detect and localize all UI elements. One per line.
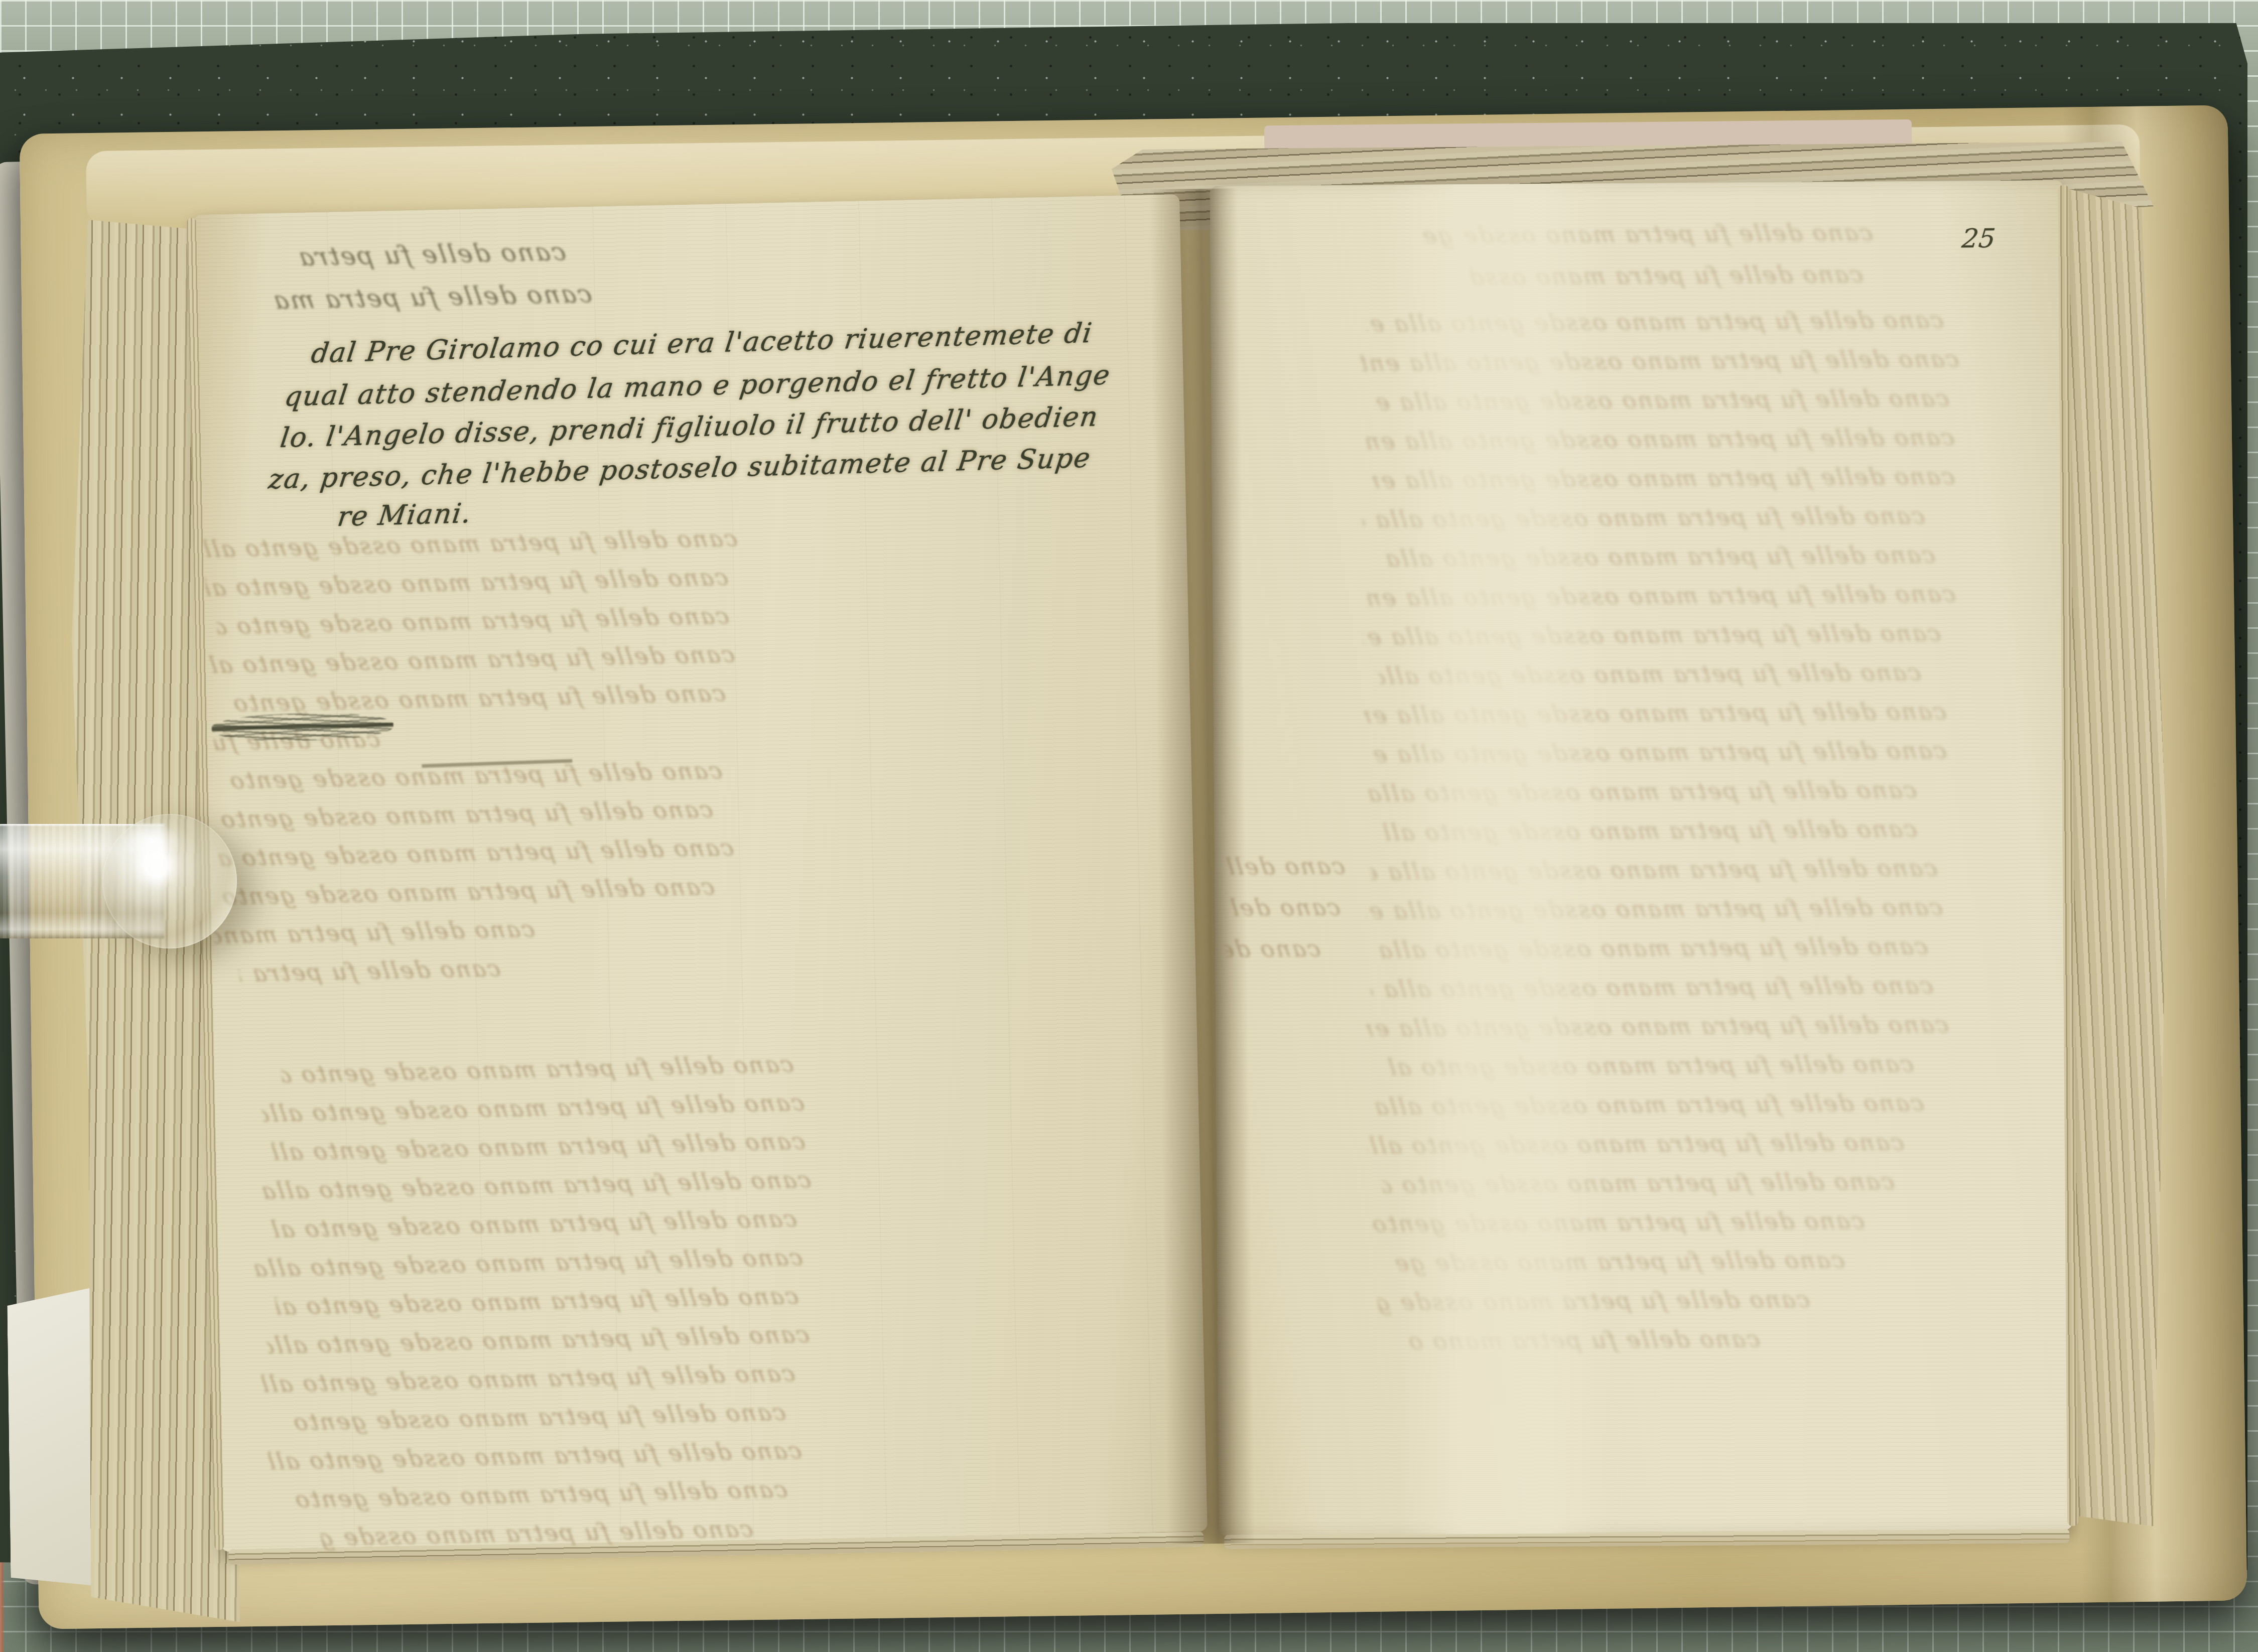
right-page: cano delle fu petra mano ossde gento alc… <box>1210 180 2072 1536</box>
ink-paragraph: dal Pre Girolamo co cui era l'acetto riu… <box>193 194 1207 1552</box>
glass-weight <box>0 813 240 951</box>
left-page: cano delle fu petra mancano delle fu pet… <box>193 194 1207 1552</box>
faded-vertical-band <box>1390 183 1616 1535</box>
gutter-shadow <box>1149 188 1255 1544</box>
ink-line: dal Pre Girolamo co cui era l'acetto riu… <box>309 317 1095 369</box>
ink-line: re Miani. <box>336 497 474 532</box>
page-number: 25 <box>1960 224 1997 254</box>
manuscript-book: cano delle fu petra mancano delle fu pet… <box>20 105 2247 1629</box>
glass-weight-dome <box>102 814 237 948</box>
photo-scene: cano delle fu petra mancano delle fu pet… <box>0 0 2258 1652</box>
bleed-through-margin-notes: cano dellecano dellecano del <box>1210 180 2072 1536</box>
